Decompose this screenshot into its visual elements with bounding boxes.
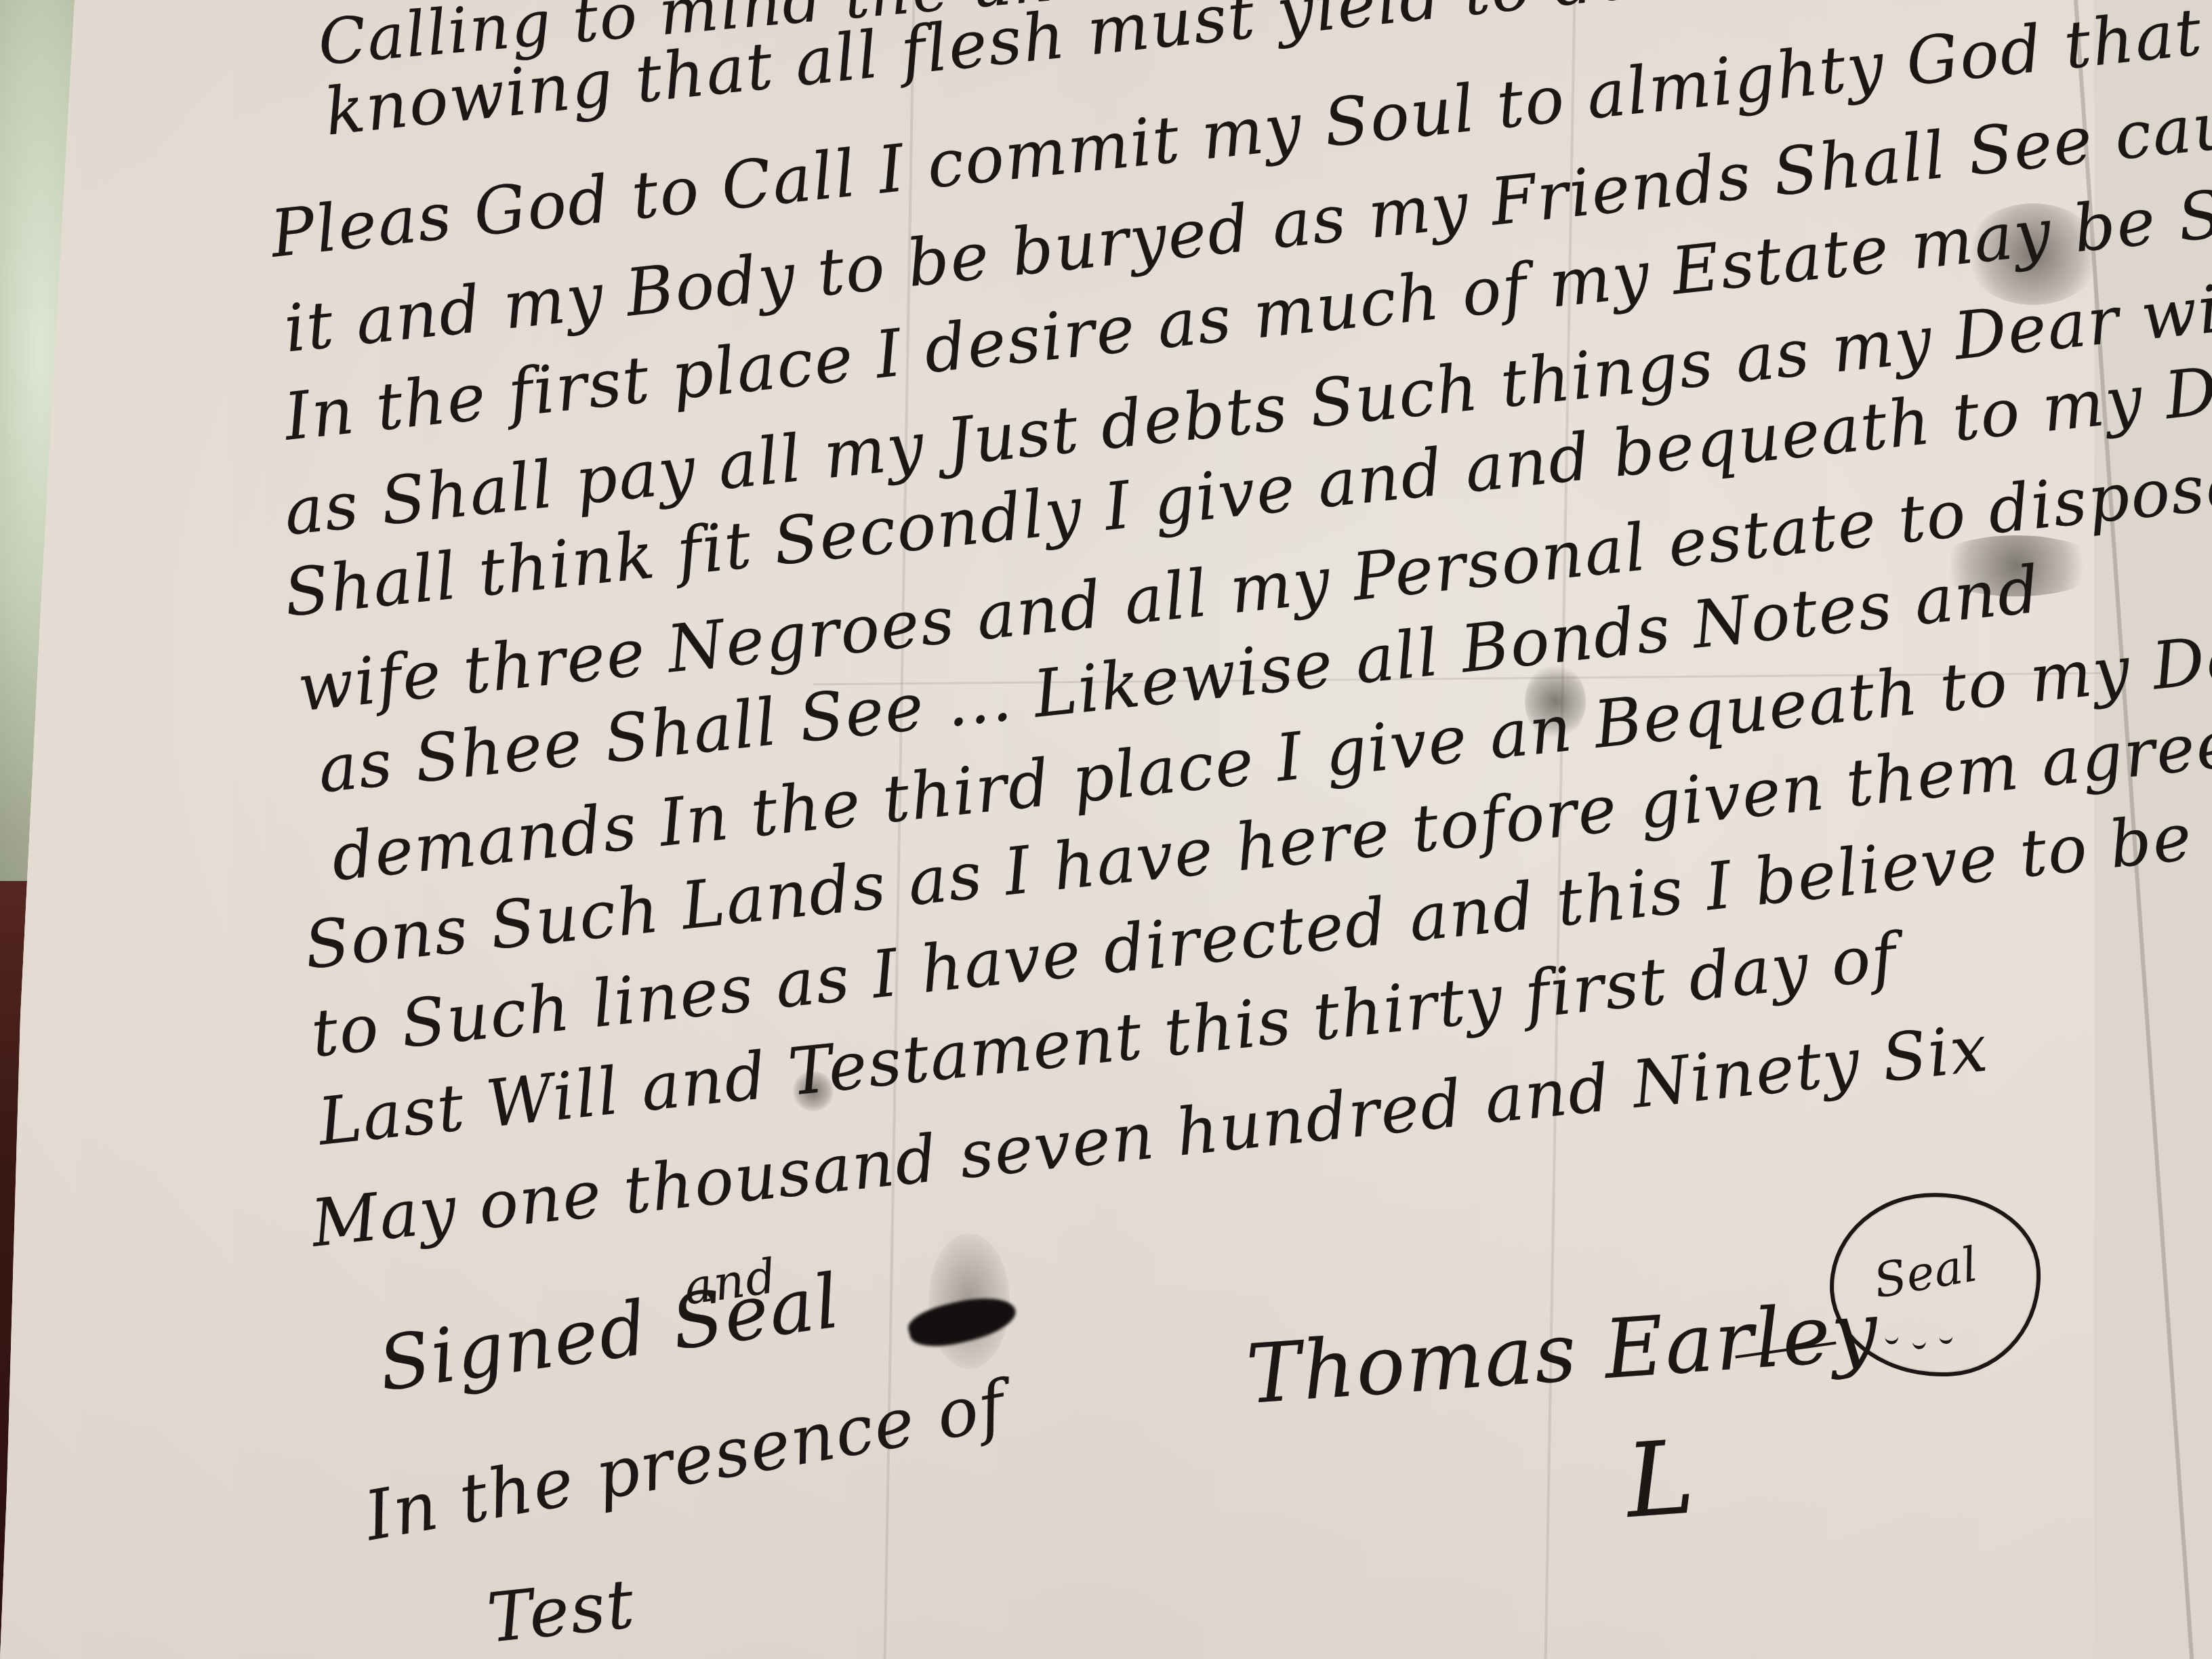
signature-mark: L bbox=[1622, 1418, 1699, 1541]
seal-scallop bbox=[1884, 1328, 1899, 1345]
seal-label: Seal bbox=[1870, 1236, 1982, 1309]
seal-scallop bbox=[1912, 1333, 1927, 1349]
seal-scallop bbox=[1939, 1328, 1954, 1344]
attestation-test: Test bbox=[484, 1564, 639, 1658]
photo-scene: Calling to mind the uncertain ... of ...… bbox=[0, 0, 2212, 1659]
